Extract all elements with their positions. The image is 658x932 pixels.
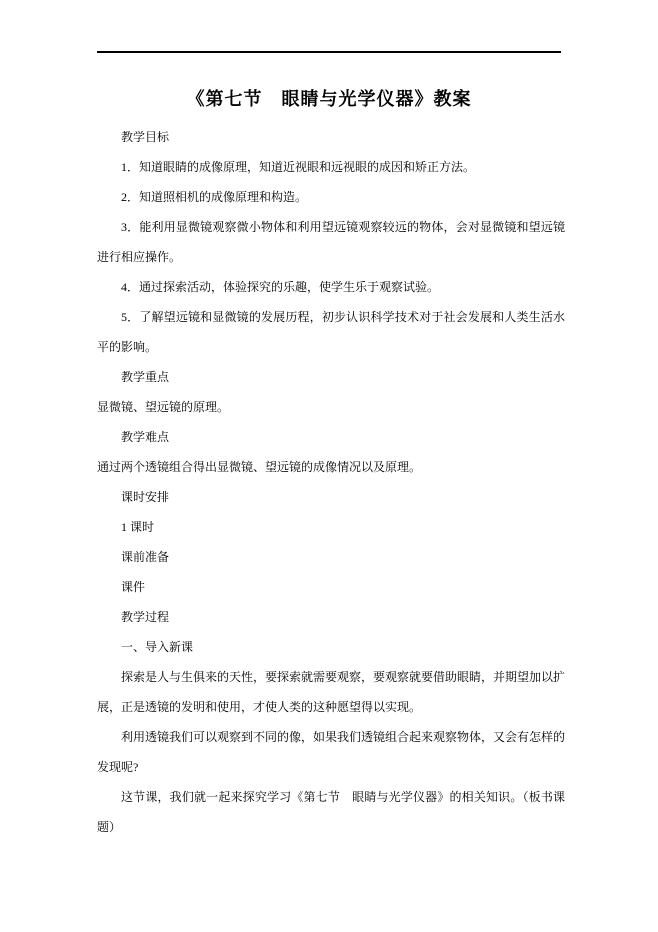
objective-2: 2．知道照相机的成像原理和构造。 (97, 182, 565, 212)
heading-class-preparation: 课前准备 (97, 542, 565, 572)
heading-class-schedule: 课时安排 (97, 482, 565, 512)
heading-teaching-focus: 教学重点 (97, 362, 565, 392)
class-schedule-content: 1 课时 (97, 512, 565, 542)
lead-in-paragraph-2: 利用透镜我们可以观察到不同的像，如果我们透镜组合起来观察物体，又会有怎样的发现呢… (97, 722, 565, 782)
objective-1: 1．知道眼睛的成像原理，知道近视眼和远视眼的成因和矫正方法。 (97, 152, 565, 182)
heading-teaching-difficulty: 教学难点 (97, 422, 565, 452)
document-page: 《第七节 眼睛与光学仪器》教案 教学目标 1．知道眼睛的成像原理，知道近视眼和远… (0, 0, 658, 932)
objective-3: 3．能利用显微镜观察微小物体和利用望远镜观察较远的物体，会对显微镜和望远镜进行相… (97, 212, 565, 272)
heading-teaching-process: 教学过程 (97, 602, 565, 632)
header-rule (97, 51, 561, 53)
class-preparation-content: 课件 (97, 572, 565, 602)
objective-5: 5．了解望远镜和显微镜的发展历程，初步认识科学技术对于社会发展和人类生活水平的影… (97, 302, 565, 362)
page-title: 《第七节 眼睛与光学仪器》教案 (0, 84, 658, 114)
heading-teaching-objectives: 教学目标 (97, 122, 565, 152)
objective-4: 4．通过探索活动，体验探究的乐趣，使学生乐于观察试验。 (97, 272, 565, 302)
lead-in-paragraph-1: 探索是人与生俱来的天性，要探索就需要观察，要观察就要借助眼睛，并期望加以扩展，正… (97, 662, 565, 722)
teaching-focus-content: 显微镜、望远镜的原理。 (97, 392, 565, 422)
lead-in-paragraph-3: 这节课，我们就一起来探究学习《第七节 眼睛与光学仪器》的相关知识。（板书课题） (97, 782, 565, 842)
document-body: 教学目标 1．知道眼睛的成像原理，知道近视眼和远视眼的成因和矫正方法。 2．知道… (97, 122, 565, 842)
section-lead-in: 一、导入新课 (97, 632, 565, 662)
teaching-difficulty-content: 通过两个透镜组合得出显微镜、望远镜的成像情况以及原理。 (97, 452, 565, 482)
